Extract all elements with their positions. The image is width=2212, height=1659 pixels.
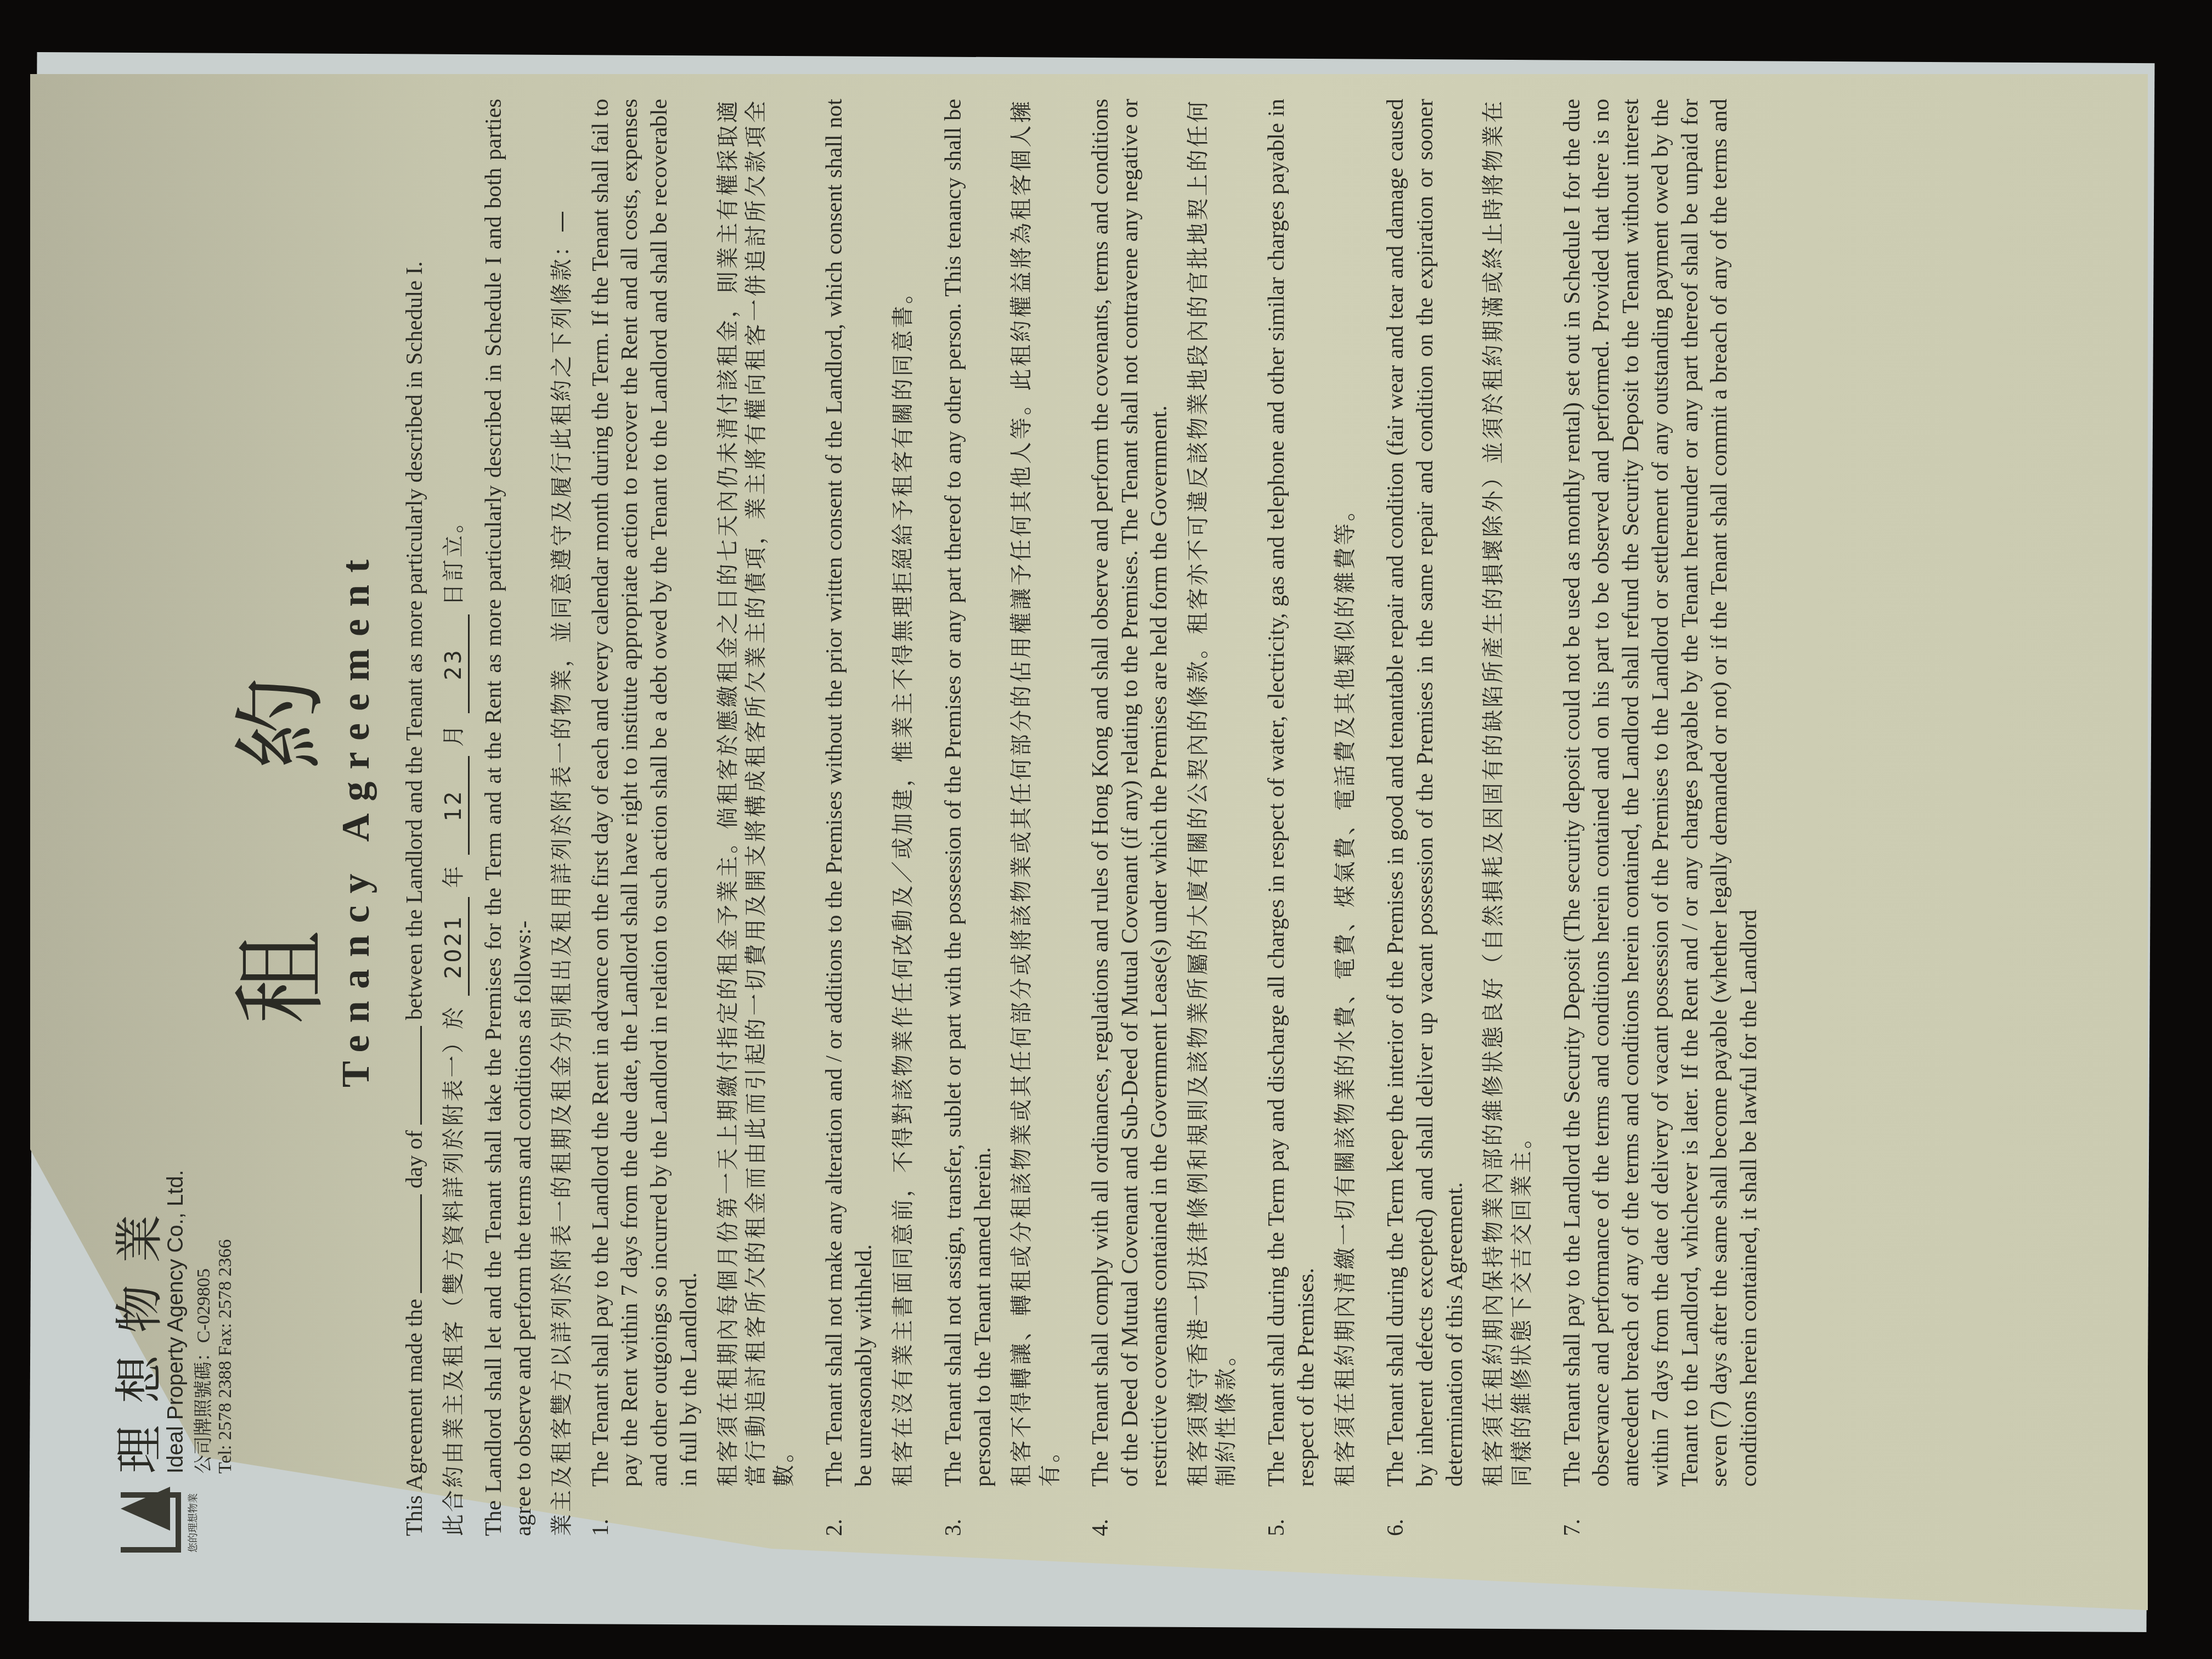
clause-text-en: The Tenant shall during the Term pay and… bbox=[1262, 99, 1322, 1487]
clause-text-zh: 租客須在租期內每個月份第一天上期繳付指定的租金予業主。倘租客於應繳租金之日的七天… bbox=[714, 99, 799, 1487]
clause-number: 2. bbox=[820, 1509, 927, 1536]
year-field[interactable]: 2021 bbox=[440, 897, 470, 996]
day-field[interactable]: 23 bbox=[440, 614, 470, 713]
clause-number: 1. bbox=[586, 1509, 809, 1536]
clause-1: 1.The Tenant shall pay to the Landlord t… bbox=[586, 99, 809, 1536]
clause-text-en: The Tenant shall pay to the Landlord the… bbox=[586, 99, 704, 1487]
clause-5: 5.The Tenant shall during the Term pay a… bbox=[1262, 99, 1369, 1536]
clause-2: 2.The Tenant shall not make any alterati… bbox=[820, 99, 927, 1536]
title-zh: 租 約 bbox=[230, 49, 333, 1585]
clause-text-en: The Tenant shall comply with all ordinan… bbox=[1086, 99, 1175, 1487]
preamble-en: The Landlord shall let and the Tenant sh… bbox=[479, 99, 539, 1536]
clause-7: 7.The Tenant shall pay to the Landlord t… bbox=[1558, 99, 1774, 1536]
clause-text-en: The Tenant shall not assign, transfer, s… bbox=[939, 99, 998, 1487]
day-blank[interactable] bbox=[420, 1194, 422, 1293]
clause-text-en: The Tenant shall not make any alteration… bbox=[820, 99, 879, 1487]
clause-number: 6. bbox=[1381, 1509, 1546, 1536]
company-name-zh: 理想物業 bbox=[115, 1170, 163, 1474]
company-licence: 公司牌照號碼：C-029805 bbox=[188, 1170, 215, 1474]
preamble-zh: 業主及租客雙方以詳列於附表一的租期及租金分別租出及租用詳列於附表一的物業，並同意… bbox=[548, 99, 576, 1536]
company-contact: Tel: 2578 2388 Fax: 2578 2366 bbox=[215, 1170, 236, 1474]
clause-text-zh: 租客不得轉讓、轉租或分租該物業或其任何部分或將該物業或其任何部分的佔用權讓予任何… bbox=[1008, 99, 1064, 1487]
company-info: 理想物業 Ideal Property Agency Co., Ltd. 公司牌… bbox=[115, 1170, 236, 1474]
month-blank[interactable] bbox=[420, 1026, 422, 1125]
clause-text-zh: 租客須在租約期內保持物業內部的維修狀態良好（自然損耗及因固有的缺陷所產生的損壞除… bbox=[1480, 99, 1536, 1487]
clause-text-zh: 租客在沒有業主書面同意前，不得對該物業作任何改動及／或加建，惟業主不得無理拒絕給… bbox=[889, 99, 917, 1487]
clause-4: 4.The Tenant shall comply with all ordin… bbox=[1086, 99, 1251, 1536]
clause-number: 4. bbox=[1086, 1509, 1251, 1536]
clause-text-zh: 租客須在租約期內清繳一切有關該物業的水費、電費、煤氣費、電話費及其他類似的雜費等… bbox=[1331, 99, 1359, 1487]
clause-number: 7. bbox=[1558, 1509, 1774, 1536]
clause-text-en: The Tenant shall pay to the Landlord the… bbox=[1558, 99, 1764, 1487]
clause-3: 3.The Tenant shall not assign, transfer,… bbox=[939, 99, 1074, 1536]
clause-text-zh: 租客須遵守香港一切法律條例和規則及該物業所屬的大廈有關的公契內的條款。租客亦不可… bbox=[1184, 99, 1240, 1487]
title-en: Tenancy Agreement bbox=[333, 49, 379, 1585]
intro-en: This Agreement made the day of between t… bbox=[400, 99, 430, 1536]
clause-6: 6.The Tenant shall during the Term keep … bbox=[1381, 99, 1546, 1536]
clause-list: 1.The Tenant shall pay to the Landlord t… bbox=[586, 99, 1774, 1536]
document-title: 租 約 Tenancy Agreement bbox=[230, 49, 379, 1585]
month-field[interactable]: 12 bbox=[440, 756, 470, 855]
letterhead: 您的理想物業 理想物業 Ideal Property Agency Co., L… bbox=[115, 49, 236, 1553]
clause-text-en: The Tenant shall during the Term keep th… bbox=[1381, 99, 1470, 1487]
logo-tagline: 您的理想物業 bbox=[185, 1493, 200, 1553]
company-name-en: Ideal Property Agency Co., Ltd. bbox=[163, 1170, 188, 1474]
clause-number: 3. bbox=[939, 1509, 1074, 1536]
intro-zh: 此合約由業主及租客（雙方資料詳列於附表一）於 2021 年 12 月 23 日訂… bbox=[440, 99, 470, 1536]
logo-mark-icon bbox=[121, 1492, 181, 1553]
clause-number: 5. bbox=[1262, 1509, 1369, 1536]
tenancy-agreement-document: 您的理想物業 理想物業 Ideal Property Agency Co., L… bbox=[115, 49, 2008, 1585]
agreement-body: This Agreement made the day of between t… bbox=[400, 99, 1774, 1536]
company-logo: 您的理想物業 bbox=[115, 1487, 203, 1553]
